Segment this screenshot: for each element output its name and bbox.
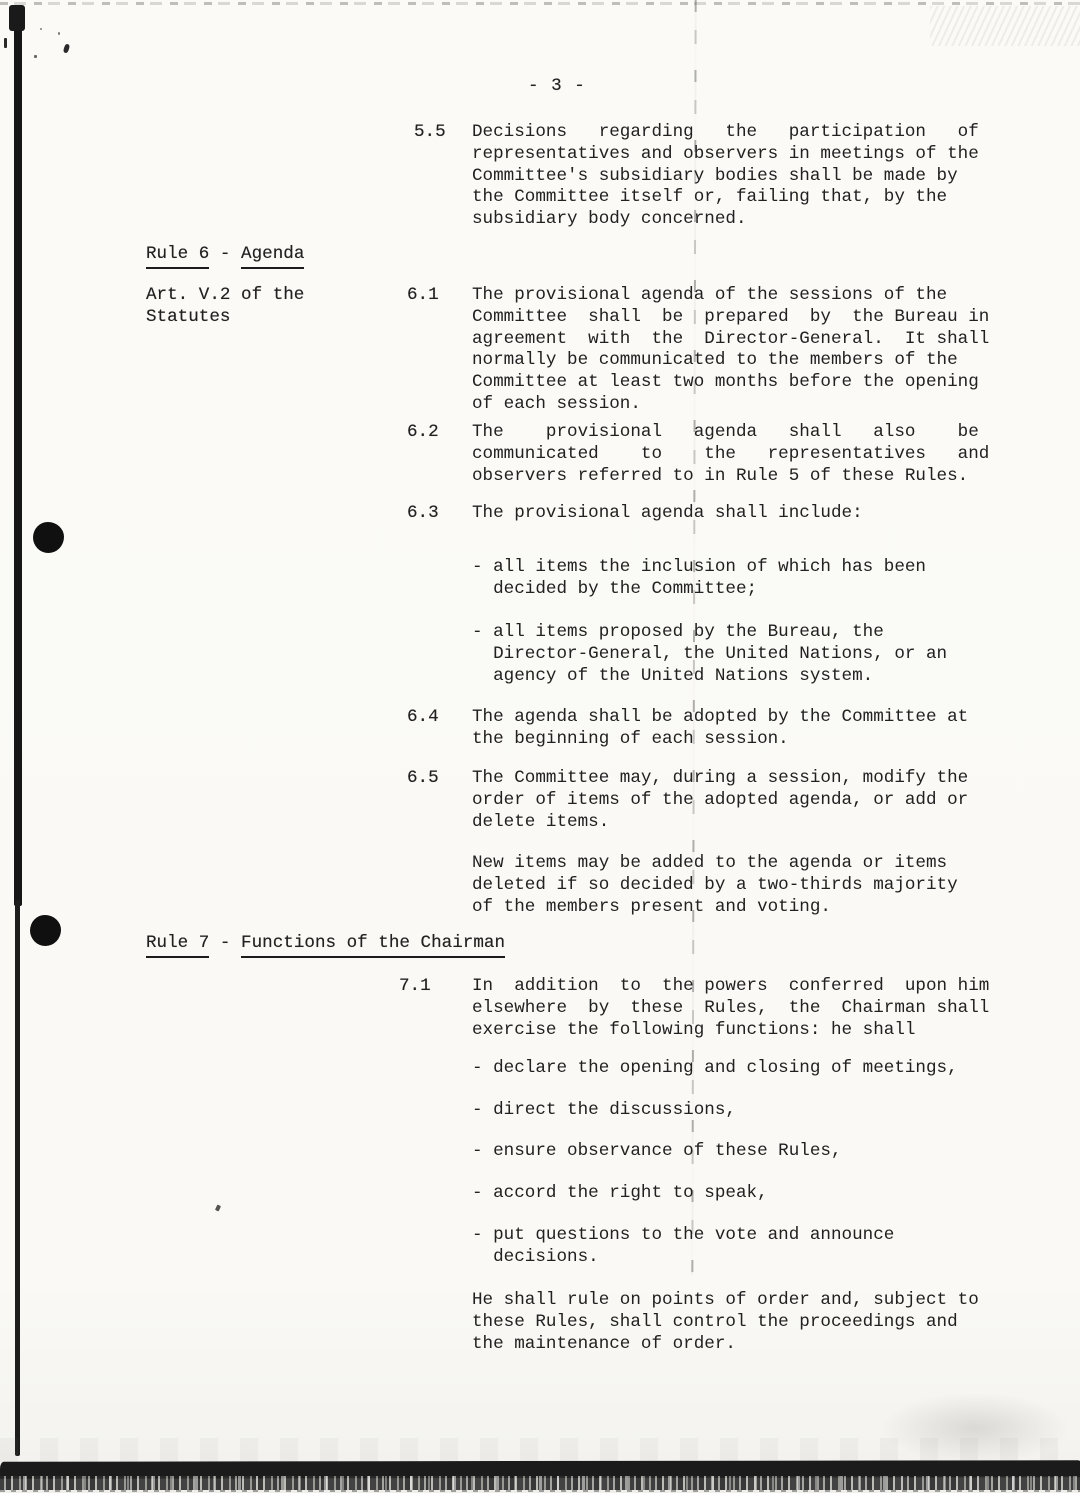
text-line: The provisional agenda shall include: [472,503,863,525]
text-line: Statutes [146,307,304,329]
heading-separator: - [209,933,241,953]
clause-6-5-continuation: New items may be added to the agenda or … [472,853,958,918]
punch-hole-bottom [30,915,61,946]
clause-number: 6.2 [407,422,439,442]
text-line: - ensure observance of these Rules, [472,1141,842,1163]
clause-number: 6.1 [407,285,439,305]
clause-7-1-continuation: He shall rule on points of order and, su… [472,1290,979,1355]
rule-7-heading: Rule 7 - Functions of the Chairman [146,933,505,953]
text-line: subsidiary body concerned. [472,209,979,231]
bullet-item: - declare the opening and closing of mee… [472,1058,958,1080]
text-line: The provisional agenda of the sessions o… [472,285,989,307]
ink-speck [58,32,60,35]
text-line: Decisions regarding the participation of [472,122,979,144]
scan-bottom-speckle-overlay [0,1476,1080,1490]
bullet-item: - ensure observance of these Rules, [472,1141,842,1163]
text-line: the Committee itself or, failing that, b… [472,187,979,209]
scan-corner-hatch [930,6,1080,46]
text-line: agency of the United Nations system. [472,666,947,688]
text-line: - accord the right to speak, [472,1183,768,1205]
text-line: Director-General, the United Nations, or… [472,644,947,666]
ink-speck [63,43,71,53]
clause-body: Decisions regarding the participation of… [472,122,979,231]
rule-6-lead: Rule 6 [146,244,209,269]
scan-binding-bar [14,6,22,906]
text-line: deleted if so decided by a two-thirds ma… [472,875,958,897]
bullet-item: - accord the right to speak, [472,1183,768,1205]
scan-binding-blob [9,5,25,31]
clause-body: New items may be added to the agenda or … [472,853,958,918]
clause-6-2: 6.2 The provisional agenda shall also be… [472,422,989,487]
text-line: Committee shall be prepared by the Burea… [472,307,989,329]
text-line: elsewhere by these Rules, the Chairman s… [472,998,989,1020]
text-line: of the members present and voting. [472,897,958,919]
text-line: the maintenance of order. [472,1334,979,1356]
text-line: decided by the Committee; [472,579,926,601]
text-line: the beginning of each session. [472,729,968,751]
bullet-body: - direct the discussions, [472,1100,736,1122]
text-line: - all items the inclusion of which has b… [472,557,926,579]
clause-number: 6.5 [407,768,439,788]
bullet-body: - put questions to the vote and announce… [472,1225,894,1269]
text-line: normally be communicated to the members … [472,350,989,372]
bullet-item: - all items the inclusion of which has b… [472,557,926,601]
text-line: Committee at least two months before the… [472,372,989,394]
rule-7-title: Functions of the Chairman [241,933,505,958]
text-line: representatives and observers in meeting… [472,144,979,166]
text-line: - direct the discussions, [472,1100,736,1122]
text-line: - declare the opening and closing of mee… [472,1058,958,1080]
text-line: He shall rule on points of order and, su… [472,1290,979,1312]
ink-speck [34,55,37,58]
text-line: these Rules, shall control the proceedin… [472,1312,979,1334]
text-line: In addition to the powers conferred upon… [472,976,989,998]
rule-6-title: Agenda [241,244,304,269]
clause-number: 6.3 [407,503,439,523]
bullet-item: - put questions to the vote and announce… [472,1225,894,1269]
text-line: exercise the following functions: he sha… [472,1020,989,1042]
bullet-item: - direct the discussions, [472,1100,736,1122]
bullet-body: - ensure observance of these Rules, [472,1141,842,1163]
text-line: observers referred to in Rule 5 of these… [472,466,989,488]
ink-speck [215,1204,221,1211]
text-line: Art. V.2 of the [146,285,304,307]
clause-body: He shall rule on points of order and, su… [472,1290,979,1355]
text-line: order of items of the adopted agenda, or… [472,790,968,812]
ink-speck [4,38,7,48]
clause-number: 5.5 [414,122,446,142]
text-line: Committee's subsidiary bodies shall be m… [472,166,979,188]
bullet-body: - declare the opening and closing of mee… [472,1058,958,1080]
clause-body: The provisional agenda of the sessions o… [472,285,989,416]
clause-6-5: 6.5 The Committee may, during a session,… [472,768,968,833]
rule-7-lead: Rule 7 [146,933,209,958]
text-line: of each session. [472,394,989,416]
bullet-item: - all items proposed by the Bureau, the … [472,622,947,687]
text-line: delete items. [472,812,968,834]
clause-number: 7.1 [399,976,431,996]
text-line: The Committee may, during a session, mod… [472,768,968,790]
scan-top-edge-line [0,2,1080,5]
ink-speck [40,28,42,30]
margin-note-statutes: Art. V.2 of theStatutes [146,285,304,329]
rule-6-heading: Rule 6 - Agenda [146,244,304,264]
clause-7-1: 7.1 In addition to the powers conferred … [472,976,989,1041]
bullet-body: - accord the right to speak, [472,1183,768,1205]
text-line: The agenda shall be adopted by the Commi… [472,707,968,729]
text-line: agreement with the Director-General. It … [472,329,989,351]
clause-body: In addition to the powers conferred upon… [472,976,989,1041]
clause-body: The provisional agenda shall include: [472,503,863,525]
text-line: decisions. [472,1247,894,1269]
text-line: The provisional agenda shall also be [472,422,989,444]
clause-body: The agenda shall be adopted by the Commi… [472,707,968,751]
clause-6-3: 6.3 The provisional agenda shall include… [472,503,863,525]
punch-hole-top [33,522,64,553]
scan-smudge [880,1392,1070,1464]
text-line: New items may be added to the agenda or … [472,853,958,875]
bullet-body: - all items the inclusion of which has b… [472,557,926,601]
page-number: - 3 - [528,76,586,96]
clause-6-4: 6.4 The agenda shall be adopted by the C… [472,707,968,751]
clause-body: The provisional agenda shall also becomm… [472,422,989,487]
scan-binding-bar-lower [15,900,20,1456]
text-line: - all items proposed by the Bureau, the [472,622,947,644]
text-line: - put questions to the vote and announce [472,1225,894,1247]
bullet-body: - all items proposed by the Bureau, the … [472,622,947,687]
heading-separator: - [209,244,241,264]
clause-5-5: 5.5 Decisions regarding the participatio… [472,122,979,231]
clause-body: The Committee may, during a session, mod… [472,768,968,833]
clause-number: 6.4 [407,707,439,727]
text-line: communicated to the representatives and [472,444,989,466]
clause-6-1: 6.1 The provisional agenda of the sessio… [472,285,989,416]
scan-bottom-dotted-line [0,1490,1080,1492]
document-page: - 3 - 5.5 Decisions regarding the partic… [0,0,1080,1493]
